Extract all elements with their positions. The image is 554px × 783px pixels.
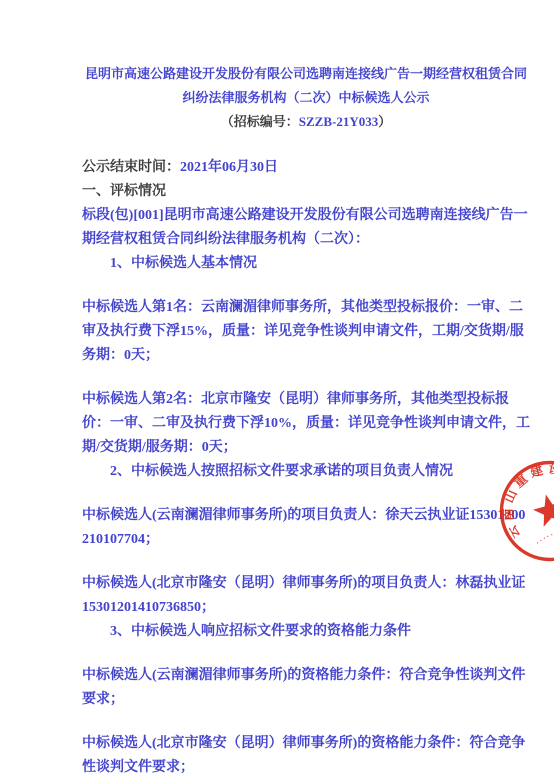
document-title-line1: 昆明市高速公路建设开发股份有限公司选聘南连接线广告一期经营权租赁合同 [82,62,530,86]
subheading-project-managers: 2、中标候选人按照招标文件要求承诺的项目负责人情况 [82,460,530,484]
document-title-line2: 纠纷法律服务机构（二次）中标候选人公示 [82,86,530,110]
seal-serial-marks: ······· [533,528,554,548]
tender-number-suffix: ） [378,114,391,129]
lot-paragraph: 标段(包)[001]昆明市高速公路建设开发股份有限公司选聘南连接线广告一期经营权… [82,204,530,252]
qualification-2-paragraph: 中标候选人(北京市隆安（昆明）律师事务所)的资格能力条件：符合竞争性谈判文件要求… [82,732,530,780]
manager-2-paragraph: 中标候选人(北京市隆安（昆明）律师事务所)的项目负责人：林磊执业证1530120… [82,572,530,620]
manager-1-paragraph: 中标候选人(云南澜湄律师事务所)的项目负责人：徐天云执业证15301200210… [82,504,530,552]
candidate-1-paragraph: 中标候选人第1名：云南澜湄律师事务所，其他类型投标报价：一审、二审及执行费下浮1… [82,296,530,368]
svg-text:·······: ······· [533,528,554,548]
section-evaluation-heading: 一、评标情况 [82,180,530,204]
publicity-end-line: 公示结束时间：2021年06月30日 [82,156,530,180]
tender-number-prefix: （招标编号： [221,114,299,129]
announcement-page: 昆明市高速公路建设开发股份有限公司选聘南连接线广告一期经营权租赁合同 纠纷法律服… [0,0,554,783]
publicity-end-date: 2021年06月30日 [180,160,278,175]
tender-number-line: （招标编号：SZZB-21Y033） [82,110,530,134]
publicity-end-label: 公示结束时间： [82,160,180,175]
seal-star-icon [530,491,554,529]
candidate-2-paragraph: 中标候选人第2名：北京市隆安（昆明）律师事务所，其他类型投标报价：一审、二审及执… [82,388,530,460]
tender-number: SZZB-21Y033 [299,114,378,129]
subheading-candidates-basic: 1、中标候选人基本情况 [82,252,530,276]
document-body: 昆明市高速公路建设开发股份有限公司选聘南连接线广告一期经营权租赁合同 纠纷法律服… [82,62,530,780]
qualification-1-paragraph: 中标候选人(云南澜湄律师事务所)的资格能力条件：符合竞争性谈判文件要求； [82,664,530,712]
subheading-qualifications: 3、中标候选人响应招标文件要求的资格能力条件 [82,620,530,644]
company-seal: 云南山重建设工程 ······· [498,459,554,563]
